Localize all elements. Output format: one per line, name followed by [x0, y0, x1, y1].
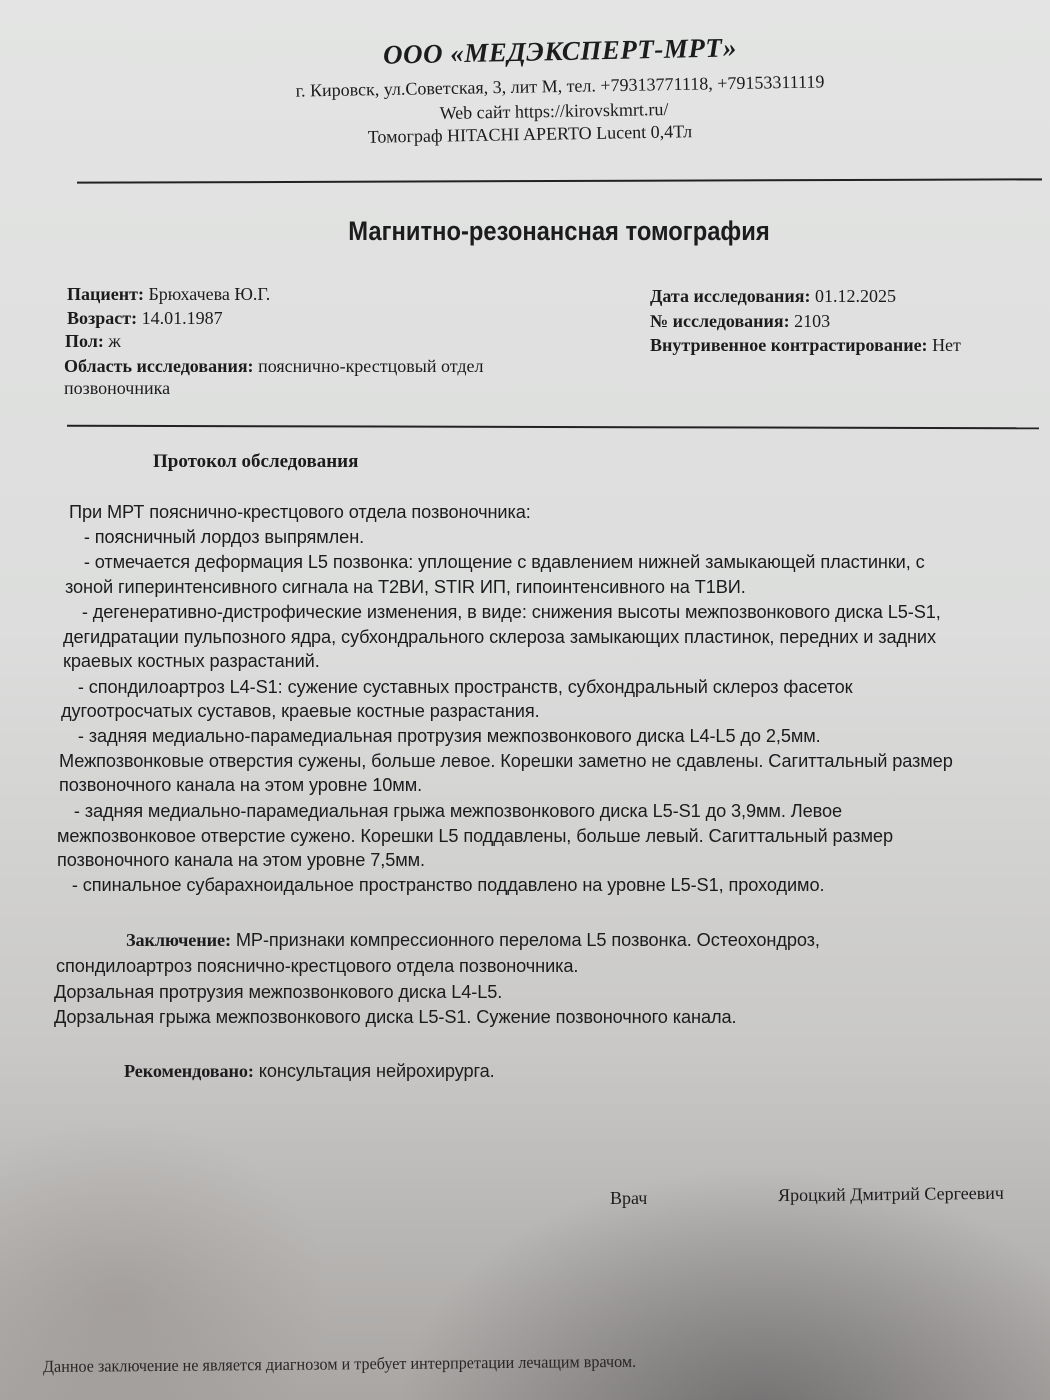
protocol-line: Межпозвонковые отверстия сужены, больше … [59, 751, 953, 772]
recommendation-value: консультация нейрохирурга. [254, 1061, 495, 1081]
protocol-line: - задняя медиально-парамедиальная грыжа … [59, 801, 842, 822]
patient-name-value: Брюхачева Ю.Г. [144, 284, 270, 304]
doctor-name: Яроцкий Дмитрий Сергеевич [778, 1183, 1004, 1206]
conclusion-label: Заключение: [126, 930, 231, 950]
document-title: Магнитно-резонансная томография [67, 216, 1050, 247]
conclusion-line: Дорзальная протрузия межпозвонкового дис… [54, 982, 502, 1003]
protocol-line: - поясничный лордоз выпрямлен. [69, 527, 364, 548]
protocol-line: дугоотросчатых суставов, краевые костные… [61, 701, 540, 722]
protocol-line: позвоночного канала на этом уровне 10мм. [59, 775, 422, 796]
protocol-line: краевых костных разрастаний. [63, 651, 320, 672]
protocol-line: - спондилоартроз L4-S1: сужение суставны… [63, 677, 853, 698]
conclusion-text: МР-признаки компрессионного перелома L5 … [231, 930, 820, 950]
doctor-role: Врач [610, 1188, 647, 1209]
patient-age-field: Возраст: 14.01.1987 [67, 308, 223, 329]
exam-number-value: 2103 [790, 311, 831, 331]
conclusion-line: Дорзальная грыжа межпозвонкового диска L… [54, 1007, 736, 1028]
recommendation: Рекомендовано: консультация нейрохирурга… [124, 1061, 495, 1082]
patient-sex-value: ж [104, 331, 121, 351]
patient-name-field: Пациент: Брюхачева Ю.Г. [67, 284, 270, 305]
exam-number-label: № исследования: [650, 311, 790, 331]
study-area-label: Область исследования: [64, 356, 254, 376]
patient-sex-field: Пол: ж [65, 331, 121, 352]
protocol-line: - задняя медиально-парамедиальная протру… [63, 726, 821, 747]
study-area-value-continued: позвоночника [64, 378, 170, 399]
conclusion-line: спондилоартроз пояснично-крестцового отд… [56, 956, 578, 977]
protocol-line: - отмечается деформация L5 позвонка: упл… [69, 552, 925, 573]
protocol-line: дегидратации пульпозного ядра, субхондра… [63, 627, 936, 648]
protocol-line: межпозвонковое отверстие сужено. Корешки… [57, 826, 893, 847]
disclaimer: Данное заключение не является диагнозом … [43, 1352, 636, 1377]
conclusion-first-line: Заключение: МР-признаки компрессионного … [126, 930, 820, 951]
exam-date-label: Дата исследования: [650, 286, 811, 306]
protocol-line: - дегенеративно-дистрофические изменения… [67, 602, 941, 623]
study-area-value: пояснично-крестцовый отдел [254, 356, 484, 376]
patient-age-label: Возраст: [67, 308, 137, 328]
protocol-line: зоной гиперинтенсивного сигнала на T2ВИ,… [65, 577, 746, 598]
contrast-label: Внутривенное контрастирование: [650, 335, 928, 355]
header-divider [77, 178, 1042, 183]
protocol-line: - спинальное субарахноидальное пространс… [57, 875, 824, 896]
contrast-field: Внутривенное контрастирование: Нет [650, 335, 961, 356]
study-area-field: Область исследования: пояснично-крестцов… [64, 356, 483, 377]
recommendation-label: Рекомендовано: [124, 1061, 254, 1081]
patient-sex-label: Пол: [65, 331, 104, 351]
contrast-value: Нет [928, 335, 961, 355]
protocol-line: При МРТ пояснично-крестцового отдела поз… [69, 502, 531, 523]
exam-date-field: Дата исследования: 01.12.2025 [650, 286, 896, 307]
protocol-line: позвоночного канала на этом уровне 7,5мм… [57, 850, 425, 871]
patient-age-value: 14.01.1987 [137, 308, 223, 328]
patient-name-label: Пациент: [67, 284, 144, 304]
exam-date-value: 01.12.2025 [811, 286, 897, 306]
protocol-heading: Протокол обследования [153, 451, 358, 473]
info-divider [67, 425, 1039, 430]
exam-number-field: № исследования: 2103 [650, 311, 830, 332]
